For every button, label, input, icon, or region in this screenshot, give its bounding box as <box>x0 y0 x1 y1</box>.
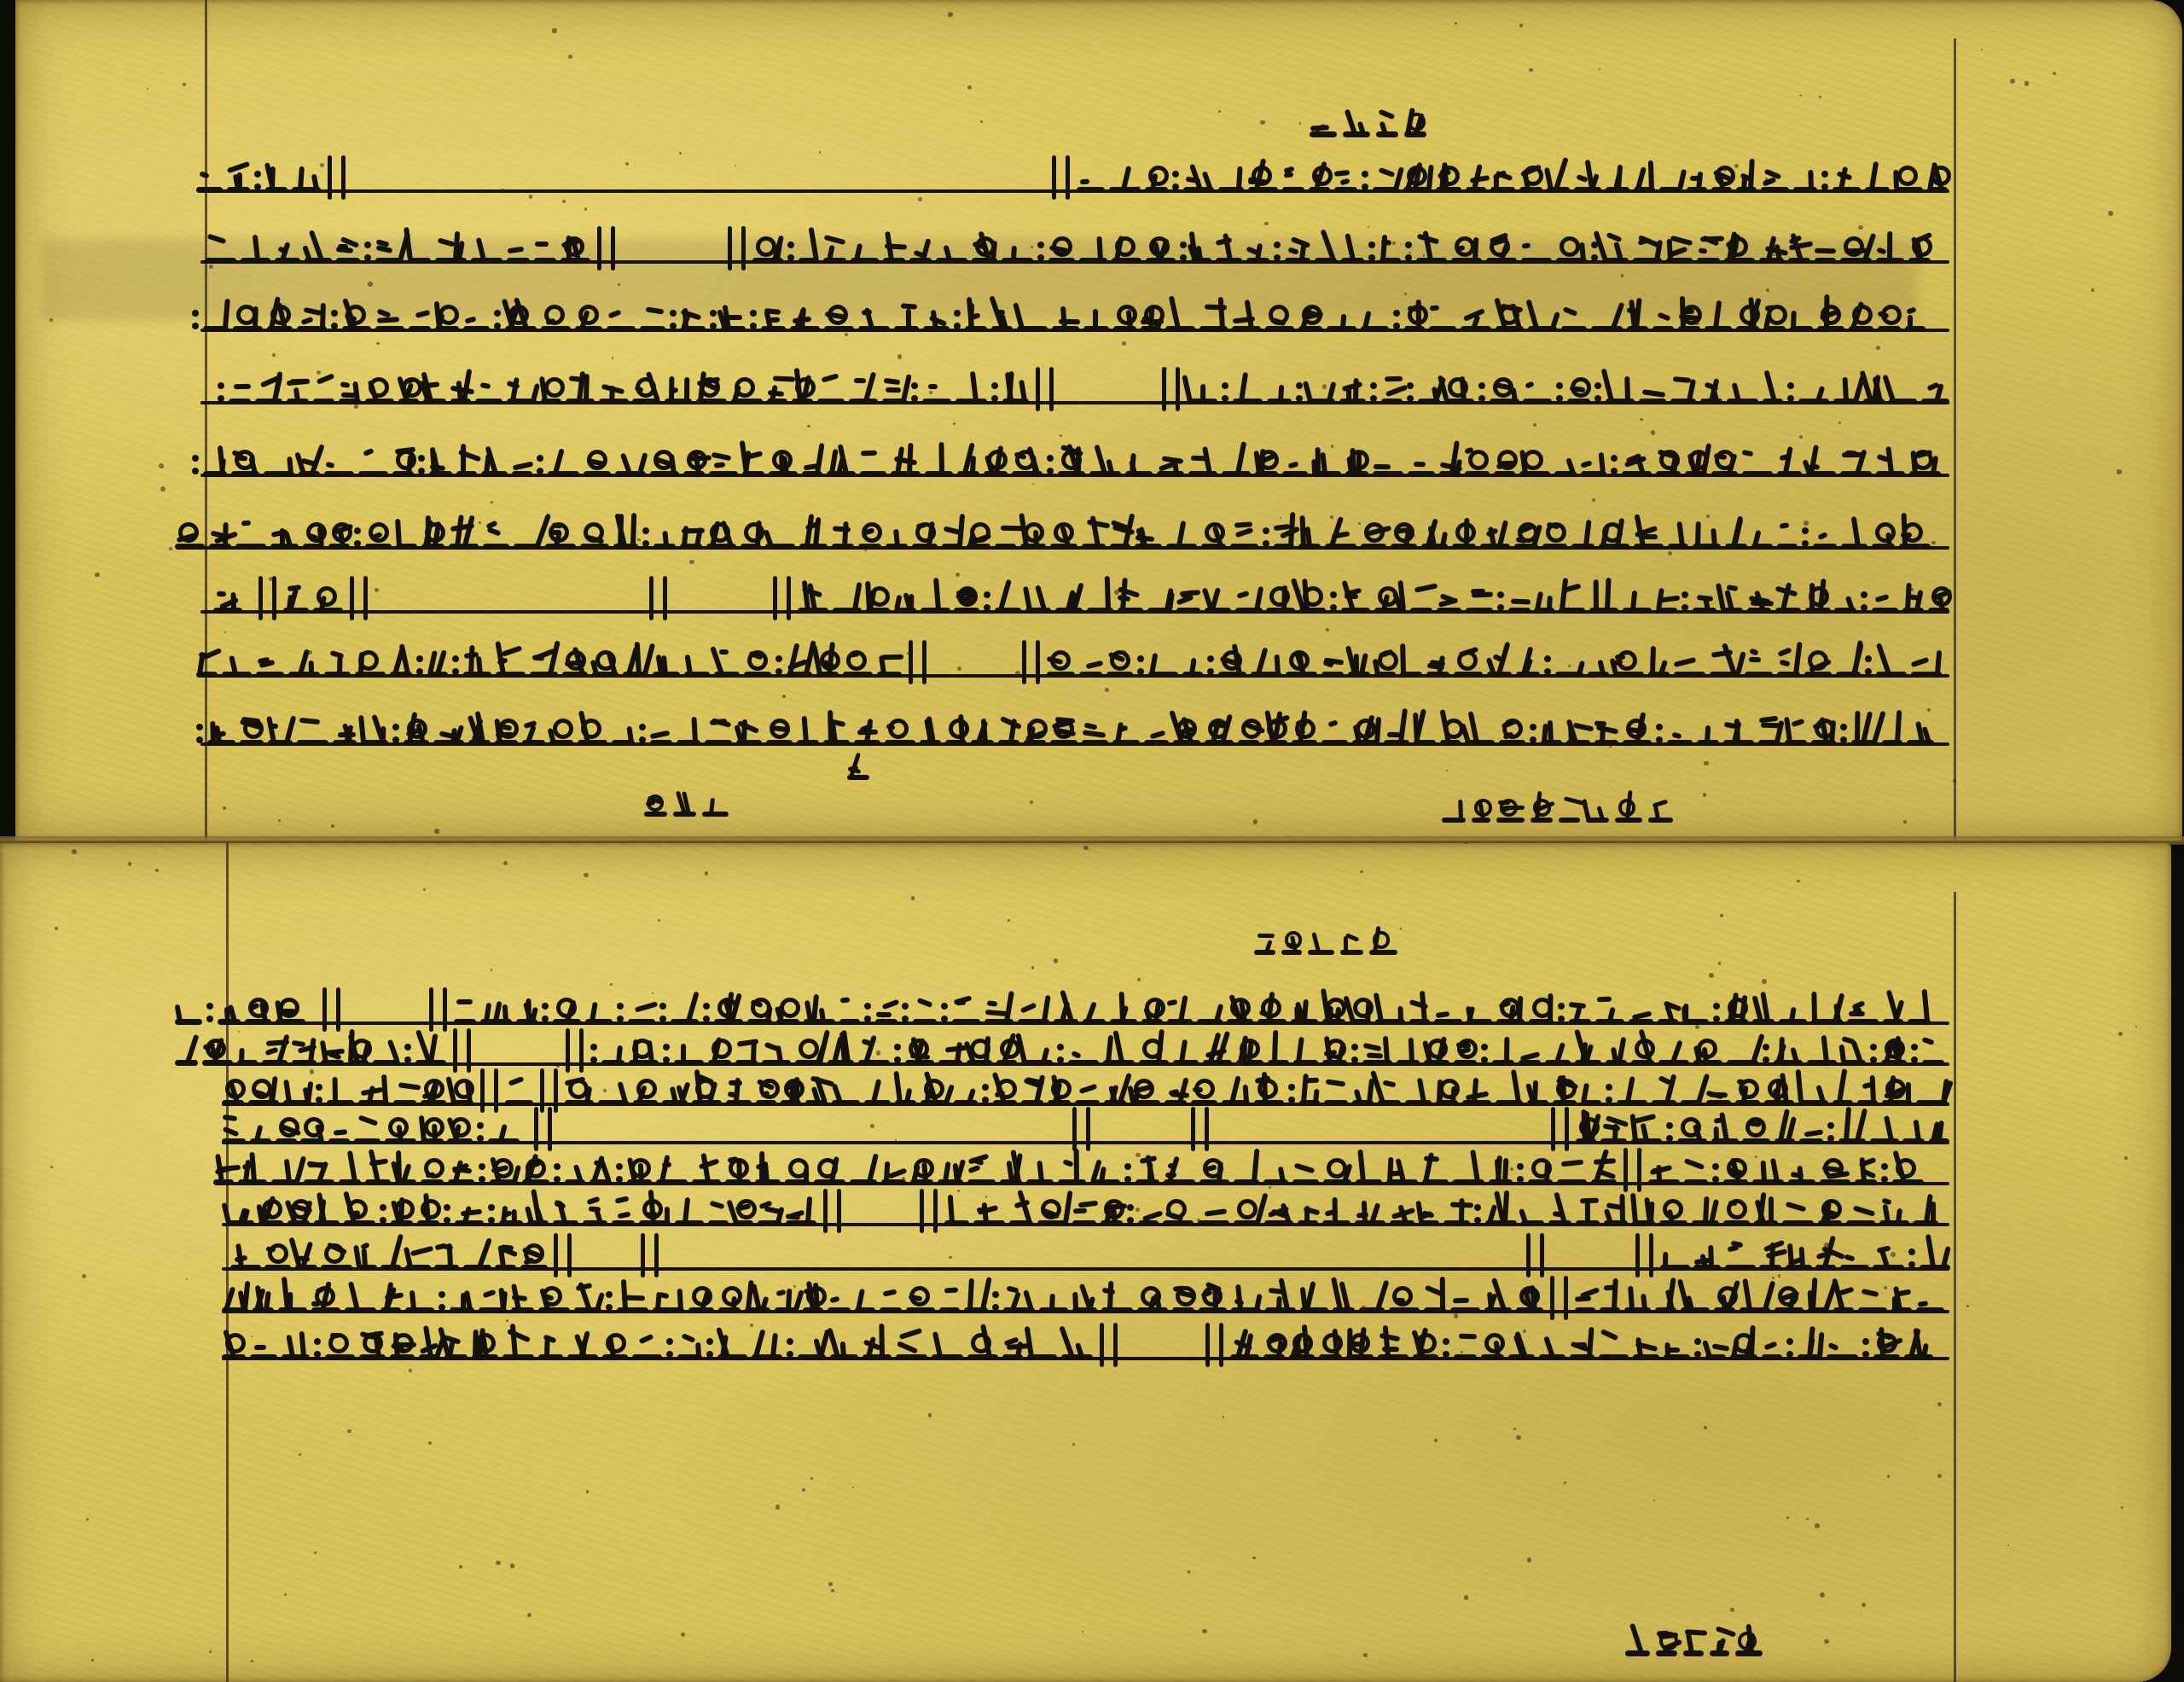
script-glyph <box>1725 1238 1755 1271</box>
script-glyph <box>1865 160 1890 193</box>
script-glyph <box>427 645 448 678</box>
script-glyph <box>1199 1281 1227 1313</box>
script-glyph <box>762 1033 791 1066</box>
script-glyph <box>803 1281 823 1313</box>
visarga-punctuation <box>1656 720 1663 746</box>
script-glyph <box>472 1328 498 1360</box>
script-glyph <box>1876 645 1907 678</box>
script-glyph <box>639 1194 671 1226</box>
paper-speck <box>750 1324 753 1327</box>
script-glyph <box>1110 517 1130 550</box>
script-glyph <box>1833 1074 1853 1106</box>
script-glyph <box>256 645 284 678</box>
visarga-punctuation <box>554 1160 561 1185</box>
script-glyph <box>541 300 571 332</box>
manuscript-line-4 <box>222 1107 1949 1144</box>
paper-speck <box>1806 1518 1808 1520</box>
paper-speck <box>320 163 324 167</box>
paper-speck <box>1887 1475 1891 1478</box>
script-glyph <box>1804 645 1832 678</box>
danda-punctuation <box>1036 367 1040 411</box>
script-glyph <box>1664 1328 1690 1360</box>
script-glyph <box>1334 160 1357 193</box>
paper-speck <box>1072 1443 1074 1445</box>
script-glyph <box>758 1194 781 1226</box>
visarga-punctuation <box>1862 1335 1869 1360</box>
manuscript-line-6 <box>226 1189 1949 1226</box>
script-glyph <box>1631 1112 1662 1144</box>
script-glyph <box>1878 300 1901 332</box>
visarga-punctuation <box>1865 652 1872 678</box>
visarga-punctuation <box>941 999 948 1025</box>
script-glyph <box>1815 231 1836 264</box>
script-glyph <box>1705 1328 1726 1360</box>
script-glyph <box>355 645 386 678</box>
script-glyph <box>1777 645 1800 678</box>
script-glyph <box>1308 926 1334 955</box>
visarga-punctuation <box>1362 167 1368 193</box>
script-glyph <box>708 1194 729 1226</box>
danda-punctuation <box>728 226 732 271</box>
paper-speck <box>2091 288 2094 292</box>
paper-speck <box>450 1307 454 1310</box>
script-glyph <box>435 300 459 332</box>
script-glyph <box>222 645 252 678</box>
script-glyph <box>1721 581 1743 614</box>
script-glyph <box>393 1074 416 1106</box>
paper-speck <box>810 1477 813 1480</box>
script-glyph <box>972 231 997 264</box>
script-glyph <box>1736 160 1757 193</box>
script-glyph <box>282 1328 310 1360</box>
script-glyph <box>1386 1153 1418 1185</box>
visarga-punctuation <box>590 1040 597 1066</box>
script-glyph <box>1516 1281 1543 1313</box>
script-glyph <box>1617 1074 1647 1106</box>
script-glyph <box>1373 160 1399 193</box>
paper-speck <box>160 486 166 492</box>
script-glyph <box>632 1328 662 1360</box>
script-glyph <box>395 1153 416 1185</box>
script-glyph <box>288 645 320 678</box>
script-glyph <box>1289 1328 1315 1360</box>
script-glyph <box>1685 445 1707 477</box>
script-glyph <box>736 713 762 746</box>
paper-speck <box>928 1413 932 1417</box>
script-glyph <box>1846 1194 1875 1226</box>
script-glyph <box>1656 445 1681 477</box>
script-glyph <box>545 517 576 550</box>
script-glyph <box>767 372 787 404</box>
script-glyph <box>1408 445 1435 477</box>
script-glyph <box>1648 1153 1680 1185</box>
visarga-punctuation <box>1827 1119 1834 1144</box>
script-glyph <box>1710 1626 1729 1656</box>
visarga-punctuation <box>392 720 399 746</box>
script-glyph <box>1462 1074 1491 1106</box>
script-glyph <box>1145 160 1168 193</box>
script-glyph <box>832 517 854 550</box>
script-glyph <box>1009 1194 1033 1226</box>
danda-punctuation <box>1540 1233 1544 1278</box>
manuscript-line-1 <box>196 155 1949 193</box>
script-glyph <box>1361 300 1389 332</box>
paper-speck <box>2124 1156 2128 1160</box>
script-glyph <box>1397 1033 1420 1066</box>
script-glyph <box>1000 1153 1022 1185</box>
visarga-punctuation <box>418 451 425 477</box>
script-glyph <box>1606 160 1629 193</box>
script-glyph <box>1390 1194 1414 1226</box>
script-glyph <box>995 517 1016 550</box>
script-glyph <box>313 372 334 404</box>
script-glyph <box>516 992 537 1025</box>
script-glyph <box>1341 581 1370 614</box>
paper-speck <box>967 85 972 90</box>
script-glyph <box>705 713 732 746</box>
script-glyph <box>1668 517 1688 550</box>
script-glyph <box>1218 160 1244 193</box>
script-glyph <box>1658 1033 1689 1066</box>
script-glyph <box>1374 581 1406 614</box>
paper-speck <box>1653 1499 1655 1501</box>
script-glyph <box>1882 713 1902 746</box>
script-glyph <box>390 1328 415 1360</box>
visarga-punctuation <box>1296 379 1303 404</box>
script-glyph <box>920 713 941 746</box>
paper-speck <box>1287 934 1290 937</box>
script-glyph <box>534 231 556 264</box>
paper-speck <box>1202 1629 1207 1634</box>
visarga-punctuation <box>494 306 501 332</box>
script-glyph <box>1048 1074 1071 1106</box>
script-glyph <box>1847 992 1879 1025</box>
script-glyph <box>1373 445 1403 477</box>
paper-speck <box>159 463 164 469</box>
script-glyph <box>1339 372 1366 404</box>
script-glyph <box>615 445 646 477</box>
script-glyph <box>463 645 491 678</box>
script-glyph <box>1606 1033 1627 1066</box>
script-glyph <box>450 372 471 404</box>
script-glyph <box>1735 1074 1760 1106</box>
script-glyph <box>894 581 916 614</box>
script-glyph <box>761 300 786 332</box>
visarga-punctuation <box>666 1335 673 1360</box>
visarga-punctuation <box>1606 1080 1612 1106</box>
danda-punctuation <box>823 1189 828 1233</box>
script-glyph <box>680 517 702 550</box>
script-glyph <box>1687 160 1707 193</box>
script-glyph <box>601 1033 624 1066</box>
visarga-punctuation <box>1330 588 1337 614</box>
script-glyph <box>674 1033 704 1066</box>
script-glyph <box>1389 1281 1420 1313</box>
script-glyph <box>565 1074 594 1106</box>
script-glyph <box>855 1281 875 1313</box>
script-glyph <box>675 1194 704 1226</box>
script-glyph <box>1561 300 1587 332</box>
script-glyph <box>1268 1033 1289 1066</box>
script-glyph <box>229 372 251 404</box>
script-glyph <box>1807 1033 1837 1066</box>
danda-punctuation <box>922 640 926 684</box>
script-glyph <box>1527 1074 1548 1106</box>
script-glyph <box>1472 794 1491 823</box>
script-glyph <box>475 372 502 404</box>
script-glyph <box>1681 1074 1702 1106</box>
script-glyph <box>1902 581 1924 614</box>
script-glyph <box>202 1033 233 1066</box>
script-glyph <box>1266 581 1295 614</box>
script-glyph <box>1782 1194 1814 1226</box>
script-glyph <box>1409 992 1430 1025</box>
script-glyph <box>512 445 532 477</box>
script-glyph <box>1779 992 1807 1025</box>
script-glyph <box>495 713 518 746</box>
script-glyph <box>1811 992 1843 1025</box>
script-glyph <box>1556 231 1587 264</box>
paper-speck <box>1815 1523 1820 1528</box>
paper-speck <box>1824 1639 1829 1644</box>
script-glyph <box>1763 372 1783 404</box>
script-glyph <box>1254 926 1275 955</box>
script-glyph <box>241 231 270 264</box>
manuscript-line-8 <box>196 640 1949 678</box>
script-glyph <box>1922 1033 1944 1066</box>
visarga-punctuation <box>984 588 990 614</box>
script-glyph <box>1541 713 1562 746</box>
script-glyph <box>1199 300 1228 332</box>
paper-speck <box>556 1065 560 1068</box>
script-glyph <box>1263 1153 1288 1185</box>
script-glyph <box>495 1238 516 1271</box>
script-glyph <box>1107 645 1133 678</box>
script-glyph <box>324 445 354 477</box>
script-glyph <box>404 713 429 746</box>
script-glyph <box>275 231 300 264</box>
visarga-punctuation <box>452 652 459 678</box>
script-glyph <box>1599 1328 1629 1360</box>
script-glyph <box>365 1153 391 1185</box>
script-glyph <box>1891 1281 1912 1313</box>
script-glyph <box>1788 231 1810 264</box>
script-glyph <box>1836 645 1861 678</box>
script-glyph <box>644 789 667 817</box>
visarga-punctuation <box>706 1335 713 1360</box>
paper-speck <box>1454 1313 1458 1318</box>
script-glyph <box>714 645 740 678</box>
script-glyph <box>671 992 699 1025</box>
script-glyph <box>1251 645 1281 678</box>
script-glyph <box>1346 1328 1374 1360</box>
script-glyph <box>471 231 502 264</box>
script-glyph <box>1674 645 1705 678</box>
script-glyph <box>1485 1194 1517 1226</box>
script-glyph <box>345 1281 376 1313</box>
script-glyph <box>1762 1328 1782 1360</box>
script-glyph <box>1258 992 1287 1025</box>
manuscript-line-9 <box>196 708 1949 746</box>
script-glyph <box>175 517 205 550</box>
script-glyph <box>1555 645 1583 678</box>
paper-speck <box>1031 966 1034 969</box>
script-glyph <box>1218 645 1246 678</box>
script-glyph <box>1418 372 1440 404</box>
script-glyph <box>1348 645 1370 678</box>
script-glyph <box>938 1153 963 1185</box>
script-glyph <box>909 231 932 264</box>
script-glyph <box>1416 231 1447 264</box>
visarga-punctuation <box>894 1040 901 1066</box>
paper-speck <box>1464 1595 1468 1599</box>
danda-punctuation <box>258 576 263 620</box>
script-glyph <box>1539 1328 1565 1360</box>
script-glyph <box>1840 231 1872 264</box>
script-glyph <box>1521 1194 1544 1226</box>
script-glyph <box>752 231 783 264</box>
paper-speck <box>1966 1305 1968 1307</box>
script-glyph <box>1265 1281 1296 1313</box>
script-glyph <box>1442 794 1466 823</box>
danda-punctuation <box>328 155 332 200</box>
script-glyph <box>373 1033 400 1066</box>
script-glyph <box>1450 1281 1480 1313</box>
script-glyph <box>828 1281 851 1313</box>
script-glyph <box>688 1281 714 1313</box>
script-glyph <box>1101 1194 1123 1226</box>
script-glyph <box>925 445 953 477</box>
script-glyph <box>1798 372 1829 404</box>
script-glyph <box>505 1074 533 1106</box>
visarga-punctuation <box>1180 238 1187 264</box>
visarga-punctuation <box>416 652 423 678</box>
script-glyph <box>1436 1074 1458 1106</box>
script-glyph <box>967 1328 998 1360</box>
script-glyph <box>858 300 890 332</box>
visarga-punctuation <box>192 306 199 332</box>
paper-speck <box>1694 321 1699 325</box>
script-glyph <box>1876 445 1905 477</box>
script-glyph <box>1751 517 1773 550</box>
paper-speck <box>1032 483 1034 485</box>
script-glyph <box>1894 160 1923 193</box>
visarga-punctuation <box>663 1040 670 1066</box>
script-glyph <box>1118 581 1143 614</box>
script-glyph <box>1414 713 1436 746</box>
script-glyph <box>1606 372 1635 404</box>
script-glyph <box>1429 300 1456 332</box>
danda-punctuation <box>443 987 447 1032</box>
script-glyph <box>1727 1033 1758 1066</box>
paper-speck <box>1114 590 1119 595</box>
script-glyph <box>1613 645 1644 678</box>
script-glyph <box>313 581 343 614</box>
script-glyph <box>421 1112 444 1144</box>
paper-speck <box>1891 1252 1896 1257</box>
script-glyph <box>276 992 305 1025</box>
script-glyph <box>1484 1281 1512 1313</box>
script-glyph <box>1872 581 1898 614</box>
script-glyph <box>1659 160 1682 193</box>
script-glyph <box>553 992 581 1025</box>
script-glyph <box>1623 581 1652 614</box>
paper-speck <box>428 1441 432 1445</box>
script-glyph <box>851 231 879 264</box>
script-glyph <box>1648 645 1670 678</box>
visarga-punctuation <box>642 524 649 550</box>
script-glyph <box>1595 992 1624 1025</box>
script-glyph <box>673 789 695 817</box>
visarga-punctuation <box>911 379 918 404</box>
script-glyph <box>1048 231 1075 264</box>
script-glyph <box>299 445 320 477</box>
visarga-punctuation <box>479 1160 485 1185</box>
paper-speck <box>1704 1426 1707 1429</box>
script-glyph <box>954 581 979 614</box>
script-glyph <box>798 581 828 614</box>
script-glyph <box>1380 231 1401 264</box>
script-glyph <box>1135 517 1162 550</box>
script-glyph <box>1752 992 1774 1025</box>
script-glyph <box>562 645 588 678</box>
script-glyph <box>227 160 250 193</box>
paper-speck <box>314 1551 317 1554</box>
left-margin-rule <box>226 843 229 1682</box>
script-glyph <box>863 1328 892 1360</box>
danda-punctuation <box>1550 1276 1554 1320</box>
danda-punctuation <box>341 155 346 200</box>
paper-speck <box>1819 96 1821 98</box>
script-glyph <box>1480 517 1510 550</box>
script-glyph <box>1670 372 1696 404</box>
script-glyph <box>1798 1074 1828 1106</box>
visarga-punctuation <box>1057 1040 1064 1066</box>
paper-speck <box>1824 1243 1829 1248</box>
script-glyph <box>895 1074 916 1106</box>
script-glyph <box>396 517 417 550</box>
script-glyph <box>358 1074 389 1106</box>
script-glyph <box>745 1281 770 1313</box>
script-glyph <box>233 300 263 332</box>
script-glyph <box>967 517 990 550</box>
script-glyph <box>1711 1112 1739 1144</box>
script-glyph <box>1529 992 1554 1025</box>
script-glyph <box>921 1074 950 1106</box>
script-glyph <box>1466 581 1493 614</box>
script-glyph <box>522 713 545 746</box>
danda-punctuation <box>909 640 913 684</box>
script-glyph <box>196 160 223 193</box>
script-glyph <box>1291 992 1318 1025</box>
visarga-punctuation <box>1222 379 1228 404</box>
visarga-punctuation <box>639 720 646 746</box>
danda-punctuation <box>933 1189 938 1233</box>
script-glyph <box>1281 926 1302 955</box>
script-glyph <box>910 1153 933 1185</box>
script-glyph <box>1727 372 1758 404</box>
script-glyph <box>955 372 987 404</box>
script-glyph <box>1147 581 1172 614</box>
paper-speck <box>1392 242 1396 245</box>
danda-punctuation <box>1219 1323 1223 1367</box>
paper-speck <box>354 404 357 408</box>
script-glyph <box>627 1153 652 1185</box>
script-glyph <box>209 517 231 550</box>
script-glyph <box>1490 372 1519 404</box>
visarga-punctuation <box>1443 1335 1449 1360</box>
script-glyph <box>1652 1074 1676 1106</box>
